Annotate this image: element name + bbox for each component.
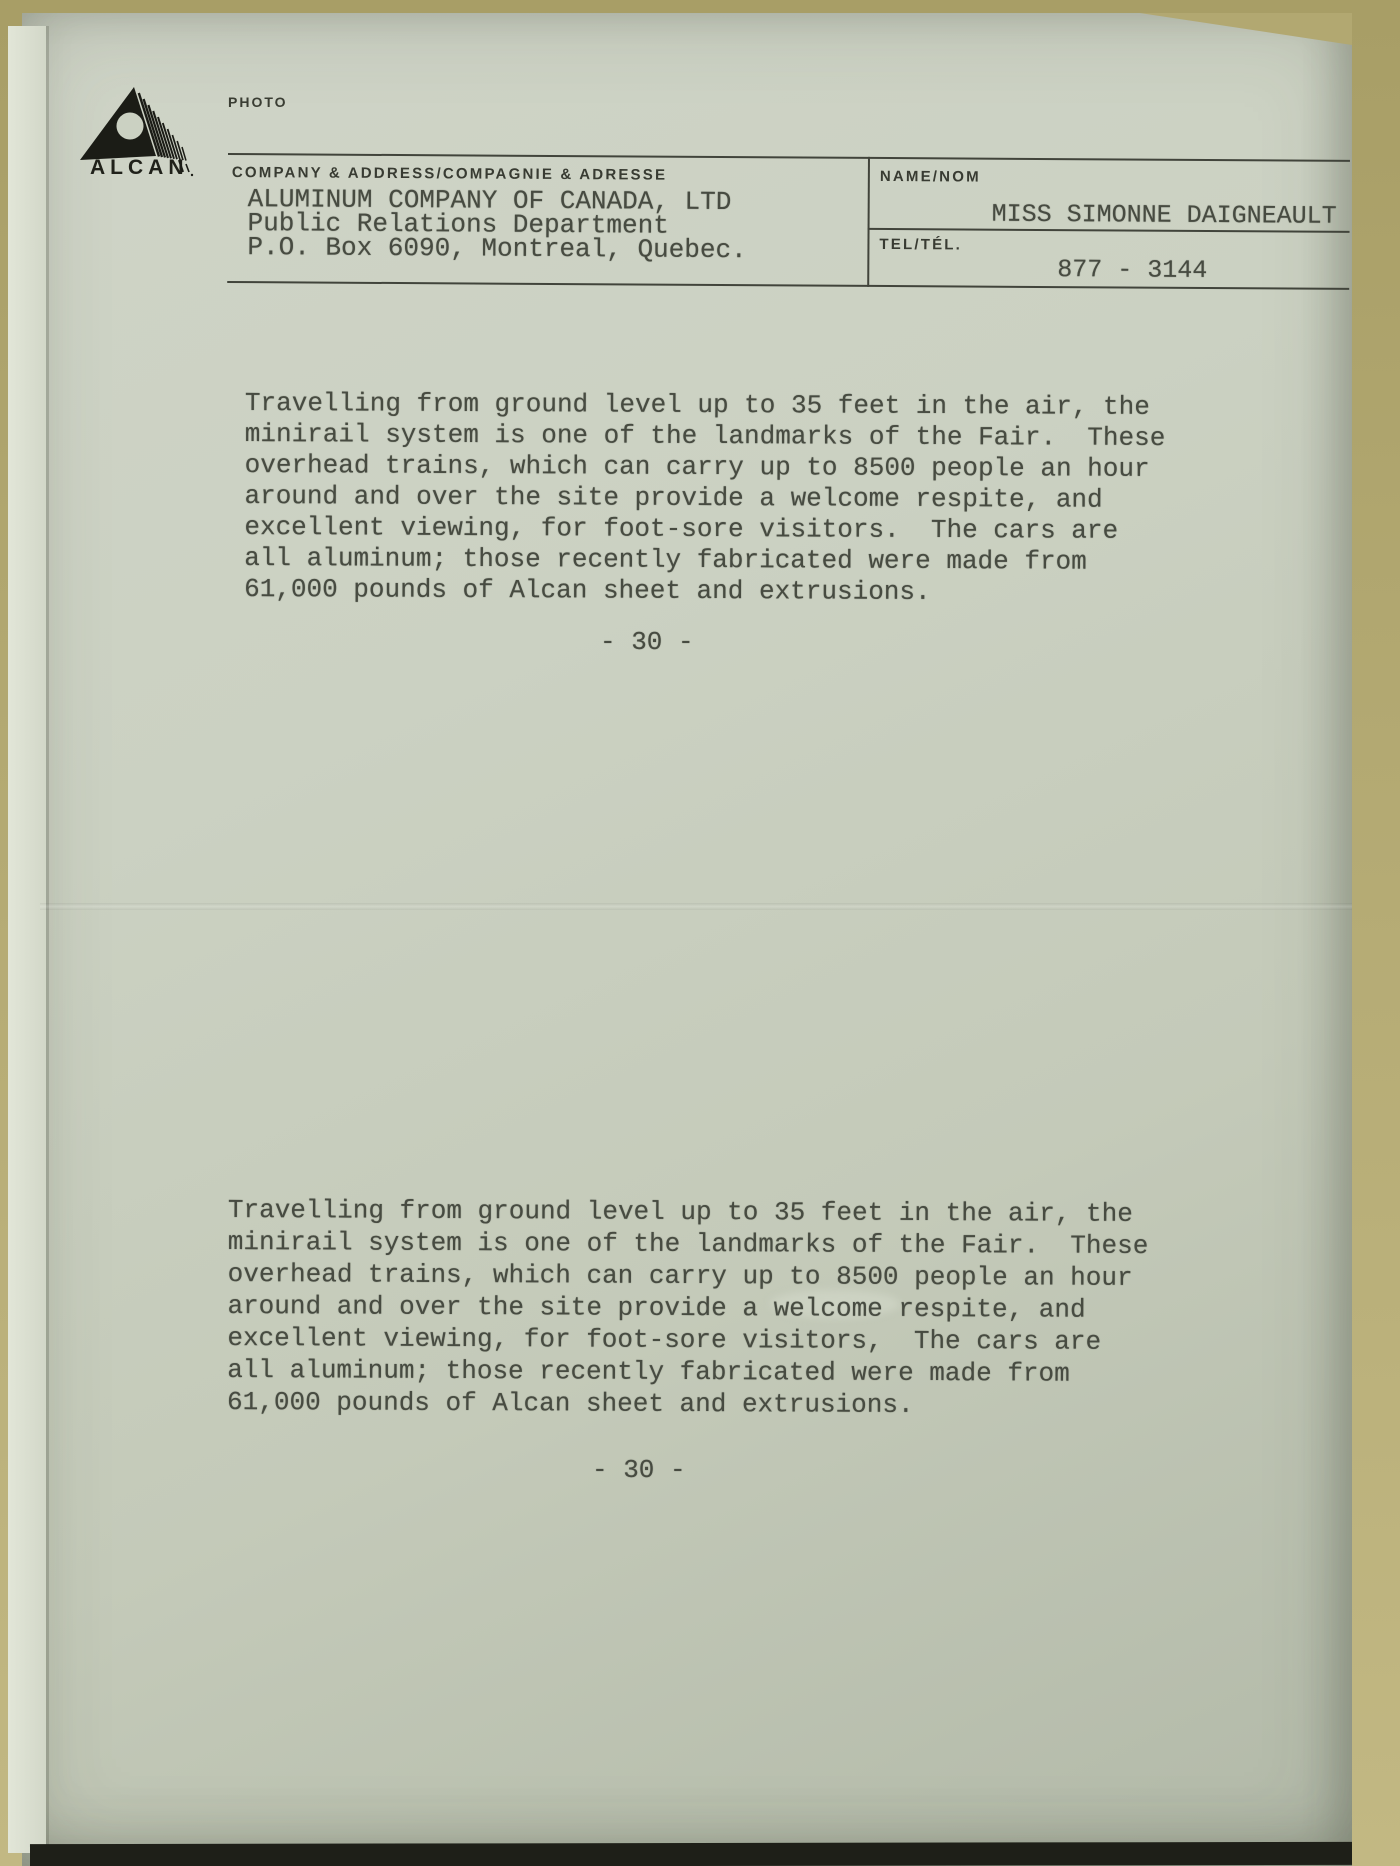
company-address-label: COMPANY & ADDRESS/COMPAGNIE & ADRESSE bbox=[232, 164, 667, 184]
letterhead-table: COMPANY & ADDRESS/COMPAGNIE & ADRESSE AL… bbox=[0, 0, 1400, 327]
name-label: NAME/NOM bbox=[880, 168, 981, 186]
caption-paragraph-1: Travelling from ground level up to 35 fe… bbox=[244, 388, 1166, 609]
tel-value: 877 - 3144 bbox=[1057, 255, 1207, 285]
name-value: MISS SIMONNE DAIGNEAULT bbox=[992, 200, 1337, 231]
table-vertical-rule bbox=[867, 157, 870, 287]
table-top-rule bbox=[228, 153, 1350, 162]
company-address-value: ALUMINUM COMPANY OF CANADA, LTD Public R… bbox=[247, 187, 747, 262]
scanned-photo-caption-sheet: ALCAN PHOTO COMPANY & ADDRESS/COMPAGNIE … bbox=[0, 0, 1400, 1866]
end-mark-1: - 30 - bbox=[600, 627, 694, 657]
photo-bottom-strip bbox=[30, 1842, 1352, 1866]
paper-crease bbox=[40, 903, 1352, 910]
caption-paragraph-2: Travelling from ground level up to 35 fe… bbox=[227, 1194, 1149, 1422]
tel-label: TEL/TÉL. bbox=[879, 236, 962, 254]
end-mark-2: - 30 - bbox=[592, 1455, 686, 1485]
